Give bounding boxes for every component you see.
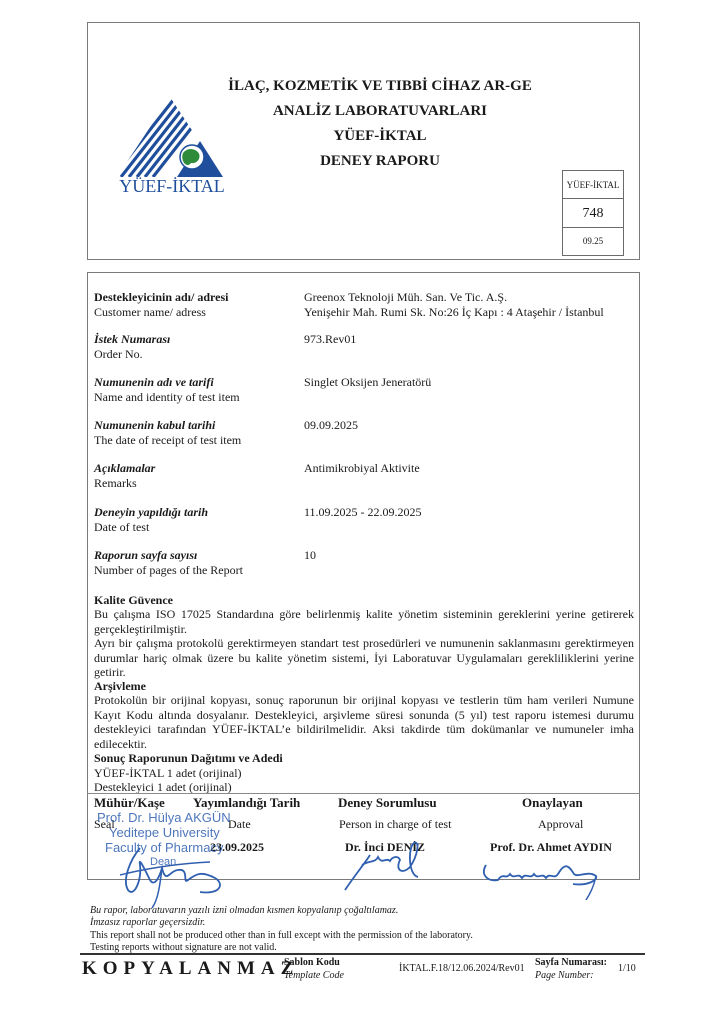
template-code: İKTAL.F.18/12.06.2024/Rev01 (399, 963, 525, 974)
page-number: 1/10 (618, 963, 636, 974)
stamp-line-1: Prof. Dr. Hülya AKGÜN (97, 810, 231, 825)
field-label-receipt: Numunenin kabul tarihi (94, 418, 215, 433)
page-label-tr: Sayfa Numarası: (535, 957, 607, 968)
title-line-3: YÜEF-İKTAL (200, 128, 560, 145)
responsible-heading: Deney Sorumlusu (338, 795, 437, 811)
field-label-item: Numunenin adı ve tarifi (94, 375, 214, 390)
distribution-line-1: YÜEF-İKTAL 1 adet (orijinal) (94, 766, 242, 781)
field-value-customer-address: Yenişehir Mah. Rumi Sk. No:26 İç Kapı : … (304, 305, 604, 320)
field-value-item: Singlet Oksijen Jeneratörü (304, 375, 431, 390)
code-org: YÜEF-İKTAL (563, 171, 623, 199)
footer-note-en-2: Testing reports without signature are no… (90, 942, 277, 953)
page-label-en: Page Number: (535, 970, 594, 981)
template-label-en: Template Code (284, 970, 344, 981)
code-number: 748 (563, 199, 623, 228)
title-line-4: DENEY RAPORU (200, 153, 560, 170)
field-label-item-en: Name and identity of test item (94, 390, 240, 405)
code-date: 09.25 (563, 228, 623, 255)
archive-title: Arşivleme (94, 679, 146, 694)
footer-note-en-1: This report shall not be produced other … (90, 930, 473, 941)
field-label-remarks: Açıklamalar (94, 461, 155, 476)
footer-note-tr-2: İmzasız raporlar geçersizdir. (90, 917, 205, 928)
field-value-customer-name: Greenox Teknoloji Müh. San. Ve Tic. A.Ş. (304, 290, 507, 305)
title-line-2: ANALİZ LABORATUVARLARI (200, 103, 560, 120)
signature-aydin-icon (478, 850, 608, 900)
stamp-line-2: Yeditepe University (109, 825, 231, 840)
template-label-tr: Şablon Kodu (284, 957, 340, 968)
report-code-box: YÜEF-İKTAL 748 09.25 (562, 170, 624, 256)
field-label-order-en: Order No. (94, 347, 143, 362)
quality-paragraph-1: Bu çalışma ISO 17025 Standardına göre be… (94, 607, 634, 636)
field-value-test-date: 11.09.2025 - 22.09.2025 (304, 505, 422, 520)
signature-deniz-icon (340, 835, 430, 895)
logo-text: YÜEF-İKTAL (112, 176, 232, 197)
quality-paragraph-2: Ayrı bir çalışma protokolü gerektirmeyen… (94, 636, 634, 680)
published-heading: Yayımlandığı Tarih (193, 795, 300, 811)
not-copyable-label: KOPYALANMAZ (82, 958, 299, 980)
title-line-1: İLAÇ, KOZMETİK VE TIBBİ CİHAZ AR-GE (200, 78, 560, 95)
field-value-pages: 10 (304, 548, 316, 563)
footer-note-tr-1: Bu rapor, laboratuvarın yazılı izni olma… (90, 905, 398, 916)
signature-divider (87, 793, 640, 794)
seal-heading: Mühür/Kaşe (94, 795, 165, 811)
signature-akgun-icon (100, 840, 250, 910)
field-label-receipt-en: The date of receipt of test item (94, 433, 241, 448)
quality-title: Kalite Güvence (94, 593, 173, 608)
distribution-title: Sonuç Raporunun Dağıtımı ve Adedi (94, 751, 283, 766)
field-label-test-date-en: Date of test (94, 520, 149, 535)
field-label-test-date: Deneyin yapıldığı tarih (94, 505, 208, 520)
field-label-remarks-en: Remarks (94, 476, 137, 491)
field-label-customer: Destekleyicinin adı/ adresi (94, 290, 228, 305)
field-label-customer-en: Customer name/ adress (94, 305, 206, 320)
approval-sub: Approval (538, 817, 583, 832)
archive-paragraph: Protokolün bir orijinal kopyası, sonuç r… (94, 693, 634, 751)
field-value-order: 973.Rev01 (304, 332, 356, 347)
field-value-remarks: Antimikrobiyal Aktivite (304, 461, 420, 476)
field-value-receipt: 09.09.2025 (304, 418, 358, 433)
footer-rule (80, 953, 645, 955)
field-label-pages: Raporun sayfa sayısı (94, 548, 197, 563)
responsible-sub: Person in charge of test (339, 817, 451, 832)
field-label-pages-en: Number of pages of the Report (94, 563, 243, 578)
approval-heading: Onaylayan (522, 795, 583, 811)
field-label-order: İstek Numarası (94, 332, 170, 347)
published-sub: Date (228, 817, 251, 832)
